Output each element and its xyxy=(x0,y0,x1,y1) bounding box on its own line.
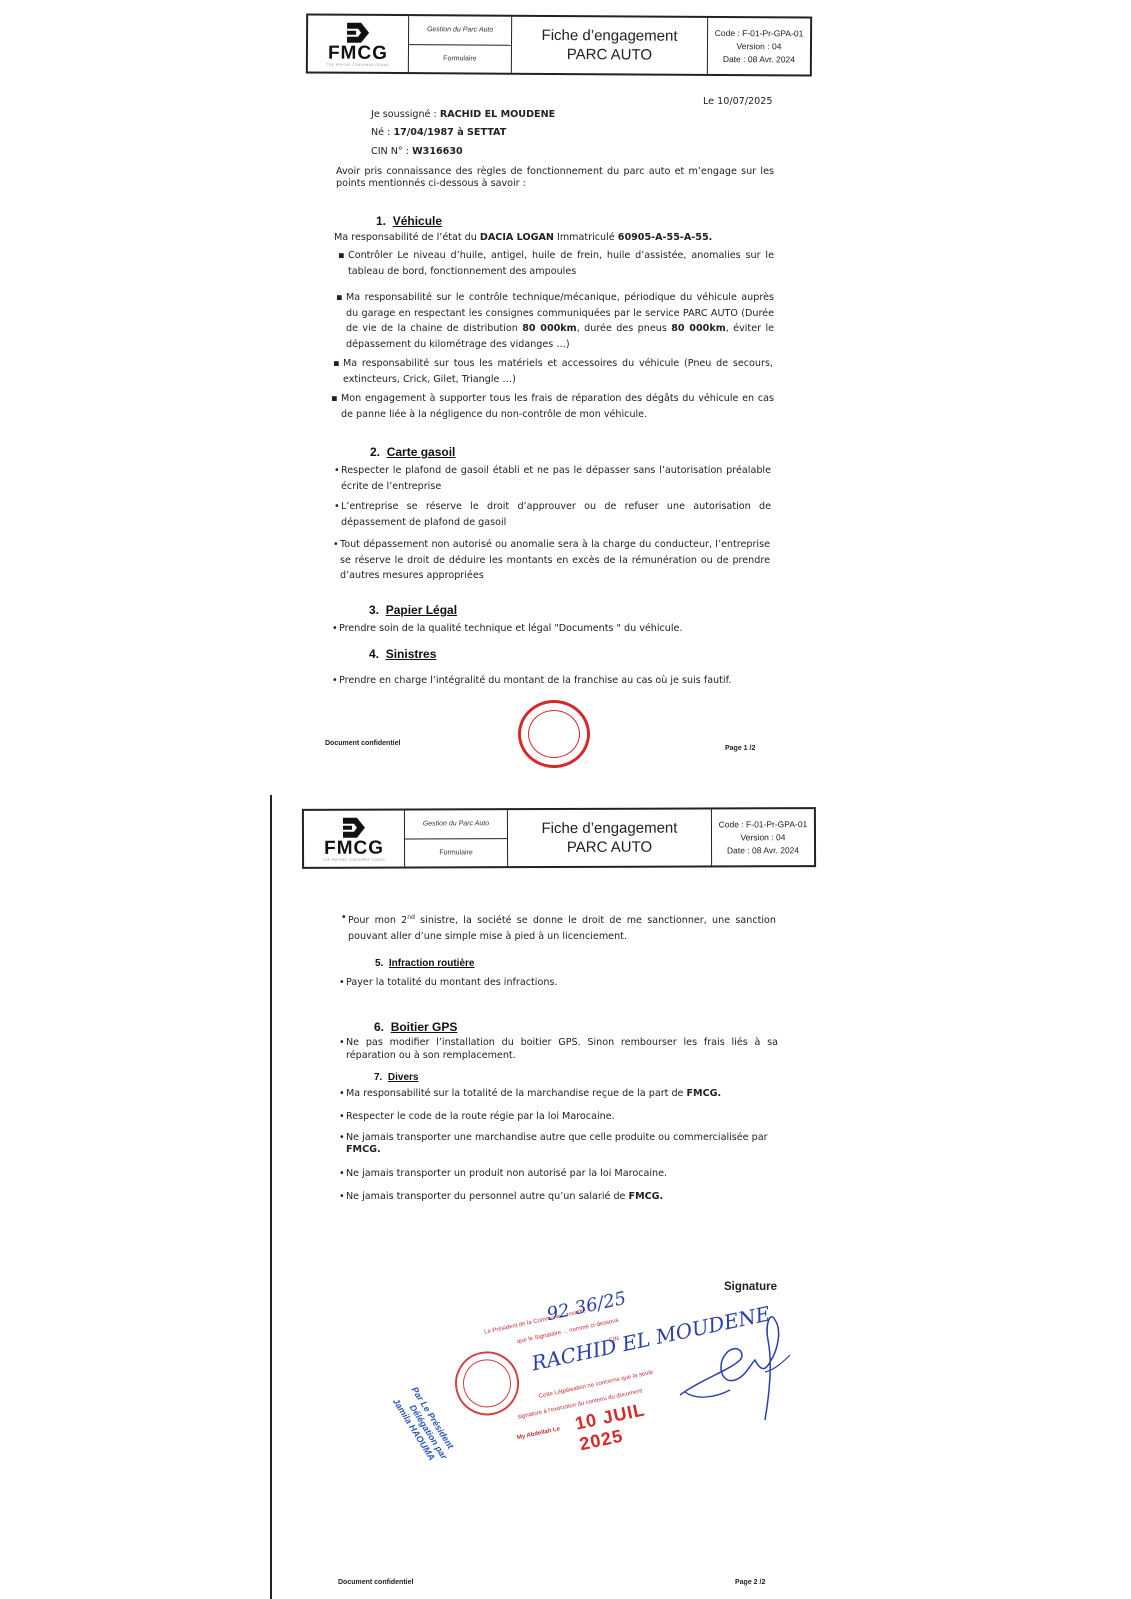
list-item: •Ne pas modifier l’installation du boiti… xyxy=(346,1036,778,1062)
stamp-officer: My Abdellah Le xyxy=(516,1426,560,1441)
section-number: 5. xyxy=(375,958,383,969)
birth-line: Né : 17/04/1987 à SETTAT xyxy=(371,126,506,140)
list-item: •L’entreprise se réserve le droit d’appr… xyxy=(341,499,771,530)
footer-confidential: Document confidentiel xyxy=(338,1579,413,1586)
doc-date: Date : 08 Avr. 2024 xyxy=(727,844,799,857)
logo-tagline: THE MOVING CONSUMER GOODS xyxy=(323,858,385,862)
bullet-text: Respecter le plafond de gasoil établi et… xyxy=(341,465,771,492)
legalization-seal xyxy=(449,1345,525,1421)
header-doc-type: Formulaire xyxy=(409,45,511,73)
bullet-text: Ne pas modifier l’installation du boitie… xyxy=(346,1037,778,1061)
bullet-text: Ma responsabilité sur tous les matériels… xyxy=(343,358,773,385)
section-number: 7. xyxy=(374,1072,382,1083)
list-item: •Payer la totalité du montant des infrac… xyxy=(346,975,776,991)
signature-label: Signature xyxy=(724,1281,777,1293)
bullet-text: L’entreprise se réserve le droit d’appro… xyxy=(341,501,771,528)
logo-text: FMCG xyxy=(328,45,388,63)
section-number: 2. xyxy=(370,445,380,459)
cin-label: CIN N° : xyxy=(371,146,409,157)
signatory-label: Je soussigné : xyxy=(371,109,437,120)
vehicle-plate: 60905-A-55-A-55. xyxy=(618,232,713,243)
section-infraction-heading: 5. Infraction routière xyxy=(375,958,474,969)
bullet-text: Prendre en charge l’intégralité du monta… xyxy=(339,675,731,686)
doc-code: Code : F-01-Pr-GPA-01 xyxy=(719,818,808,831)
lead-prefix: Ma responsabilité de l’état du xyxy=(334,232,477,243)
bullet-text: Respecter le code de la route régie par … xyxy=(346,1111,615,1122)
bullet-text: Tout dépassement non autorisé ou anomali… xyxy=(340,539,770,581)
document-meta: Code : F-01-Pr-GPA-01 Version : 04 Date … xyxy=(712,809,814,865)
logo-text: FMCG xyxy=(324,840,384,858)
company-stamp xyxy=(518,700,590,768)
section-title: Infraction routière xyxy=(389,958,475,969)
section-vehicule-heading: 1. Véhicule xyxy=(376,214,442,228)
title-line-1: Fiche d’engagement xyxy=(542,26,678,46)
header-doc-type: Formulaire xyxy=(405,839,507,867)
footer-page-number: Page 1 /2 xyxy=(725,745,755,752)
list-item: ▪Contrôler Le niveau d’huile, antigel, h… xyxy=(348,248,774,279)
section-number: 4. xyxy=(369,647,379,661)
list-item: •Prendre soin de la qualité technique et… xyxy=(339,621,769,637)
logo-tagline: THE MOVING CONSUMER GOODS xyxy=(327,63,389,67)
section-divers-heading: 7. Divers xyxy=(374,1072,418,1083)
document-title: Fiche d’engagement PARC AUTO xyxy=(512,17,708,74)
list-item: ▪Mon engagement à supporter tous les fra… xyxy=(341,391,774,422)
doc-date: Date : 08 Avr. 2024 xyxy=(723,53,795,66)
document-title: Fiche d’engagement PARC AUTO xyxy=(508,809,712,866)
section-title: Divers xyxy=(388,1072,419,1083)
bullet-text: Mon engagement à supporter tous les frai… xyxy=(341,393,774,420)
page-1: FMCG THE MOVING CONSUMER GOODS Gestion d… xyxy=(0,0,1131,780)
section-papier-legal-heading: 3. Papier Légal xyxy=(369,603,457,617)
footer-page-number: Page 2 /2 xyxy=(735,1579,765,1586)
arrow-logo-icon xyxy=(339,816,369,840)
list-item: •Ne jamais transporter un produit non au… xyxy=(346,1166,776,1182)
bullet-text: Contrôler Le niveau d’huile, antigel, hu… xyxy=(348,250,774,277)
cin-value: W316630 xyxy=(412,146,463,157)
handwritten-signature xyxy=(670,1300,800,1430)
lead-mid: Immatriculé xyxy=(557,232,615,243)
header-category: Gestion du Parc Auto xyxy=(405,810,507,839)
section-title: Papier Légal xyxy=(386,603,457,617)
bullet-text: Ne jamais transporter un produit non aut… xyxy=(346,1168,667,1179)
section-number: 6. xyxy=(374,1020,384,1034)
title-line-2: PARC AUTO xyxy=(567,45,652,65)
document-header: FMCG THE MOVING CONSUMER GOODS Gestion d… xyxy=(302,807,816,869)
birth-value: 17/04/1987 à SETTAT xyxy=(393,127,506,138)
list-item: ▪Ma responsabilité sur tous les matériel… xyxy=(343,356,773,387)
arrow-logo-icon xyxy=(343,21,373,45)
intro-paragraph: Avoir pris connaissance des règles de fo… xyxy=(336,166,774,190)
title-line-1: Fiche d’engagement xyxy=(541,819,677,838)
section-gps-heading: 6. Boitier GPS xyxy=(374,1020,457,1034)
footer-confidential: Document confidentiel xyxy=(325,740,400,747)
section-carte-gasoil-heading: 2. Carte gasoil xyxy=(370,445,455,459)
doc-version: Version : 04 xyxy=(737,40,782,53)
section-title: Véhicule xyxy=(393,214,442,228)
signatory-name: RACHID EL MOUDENE xyxy=(440,109,555,120)
date-line: Le 10/07/2025 xyxy=(703,95,772,109)
signatory-line: Je soussigné : RACHID EL MOUDENE xyxy=(371,108,555,122)
vehicle-lead: Ma responsabilité de l’état du DACIA LOG… xyxy=(334,231,712,245)
fmcg-logo: FMCG THE MOVING CONSUMER GOODS xyxy=(308,15,409,72)
section-number: 1. xyxy=(376,214,386,228)
doc-code: Code : F-01-Pr-GPA-01 xyxy=(715,26,804,40)
list-item: •Prendre en charge l’intégralité du mont… xyxy=(339,673,769,689)
title-line-2: PARC AUTO xyxy=(567,838,652,857)
list-item: •Ne jamais transporter du personnel autr… xyxy=(346,1189,776,1205)
section-title: Boitier GPS xyxy=(391,1020,458,1034)
document-meta: Code : F-01-Pr-GPA-01 Version : 04 Date … xyxy=(708,18,810,75)
list-item: •Tout dépassement non autorisé ou anomal… xyxy=(340,537,770,584)
bullet-text: Prendre soin de la qualité technique et … xyxy=(339,623,683,634)
section-title: Carte gasoil xyxy=(387,445,456,459)
list-item: ▪Ma responsabilité sur le contrôle techn… xyxy=(346,290,774,352)
list-item: •Respecter le code de la route régie par… xyxy=(346,1109,776,1125)
section-sinistres-heading: 4. Sinistres xyxy=(369,647,436,661)
fmcg-logo: FMCG THE MOVING CONSUMER GOODS xyxy=(304,811,405,867)
list-item: •Ma responsabilité sur la totalité de la… xyxy=(346,1086,776,1102)
document-header: FMCG THE MOVING CONSUMER GOODS Gestion d… xyxy=(306,13,812,76)
bullet-text: Payer la totalité du montant des infract… xyxy=(346,977,557,988)
cin-line: CIN N° : W316630 xyxy=(371,145,463,159)
list-item: •Pour mon 2nd sinistre, la société se do… xyxy=(348,910,776,944)
list-item: •Respecter le plafond de gasoil établi e… xyxy=(341,463,771,494)
section-title: Sinistres xyxy=(386,647,437,661)
vehicle-model: DACIA LOGAN xyxy=(480,232,554,243)
header-category: Gestion du Parc Auto xyxy=(409,16,511,45)
birth-label: Né : xyxy=(371,127,390,138)
doc-version: Version : 04 xyxy=(741,831,786,844)
section-number: 3. xyxy=(369,603,379,617)
list-item: •Ne jamais transporter une marchandise a… xyxy=(346,1132,781,1156)
